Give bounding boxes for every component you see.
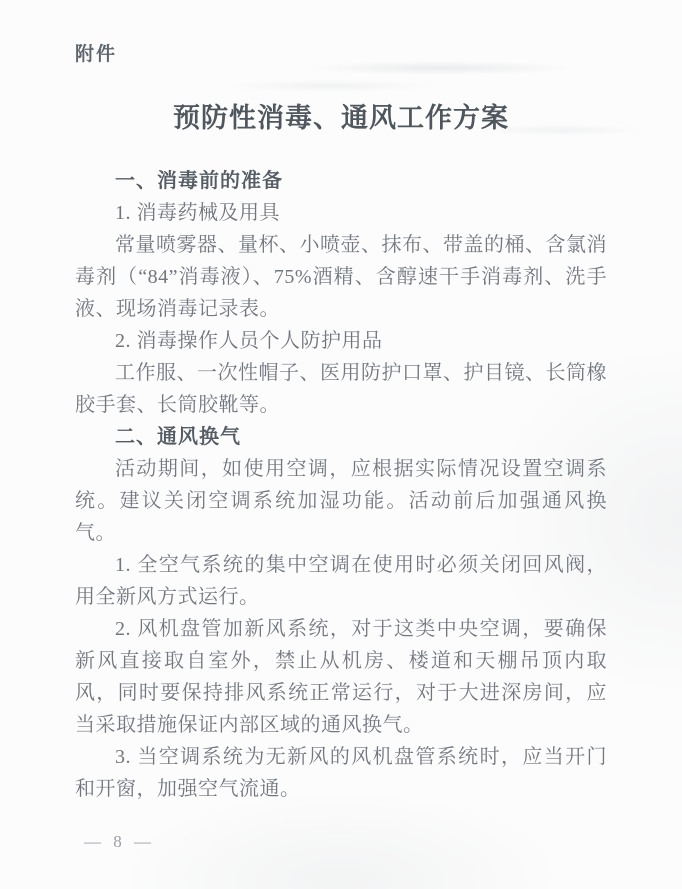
document-page: 附件 预防性消毒、通风工作方案 一、消毒前的准备1. 消毒药械及用具常量喷雾器、… [0,0,682,889]
paragraph: 工作服、一次性帽子、医用防护口罩、护目镜、长筒橡胶手套、长筒胶靴等。 [75,357,607,421]
paragraph: 3. 当空调系统为无新风的风机盘管系统时，应当开门和开窗，加强空气流通。 [75,741,607,805]
page-number: — 8 — [84,832,155,852]
paragraph: 常量喷雾器、量杯、小喷壶、抹布、带盖的桶、含氯消毒剂（“84”消毒液）、75%酒… [75,229,607,325]
list-subheading: 2. 消毒操作人员个人防护用品 [75,325,607,357]
document-body: 一、消毒前的准备1. 消毒药械及用具常量喷雾器、量杯、小喷壶、抹布、带盖的桶、含… [75,165,607,805]
attachment-label: 附件 [75,39,117,66]
paragraph: 1. 全空气系统的集中空调在使用时必须关闭回风阀，用全新风方式运行。 [75,549,607,613]
page-title: 预防性消毒、通风工作方案 [0,96,682,135]
list-subheading: 1. 消毒药械及用具 [75,197,607,229]
section-heading: 二、通风换气 [75,421,607,453]
paragraph: 2. 风机盘管加新风系统，对于这类中央空调，要确保新风直接取自室外，禁止从机房、… [75,613,607,741]
paragraph: 活动期间，如使用空调，应根据实际情况设置空调系统。建议关闭空调系统加湿功能。活动… [75,453,607,549]
section-heading: 一、消毒前的准备 [75,165,607,197]
